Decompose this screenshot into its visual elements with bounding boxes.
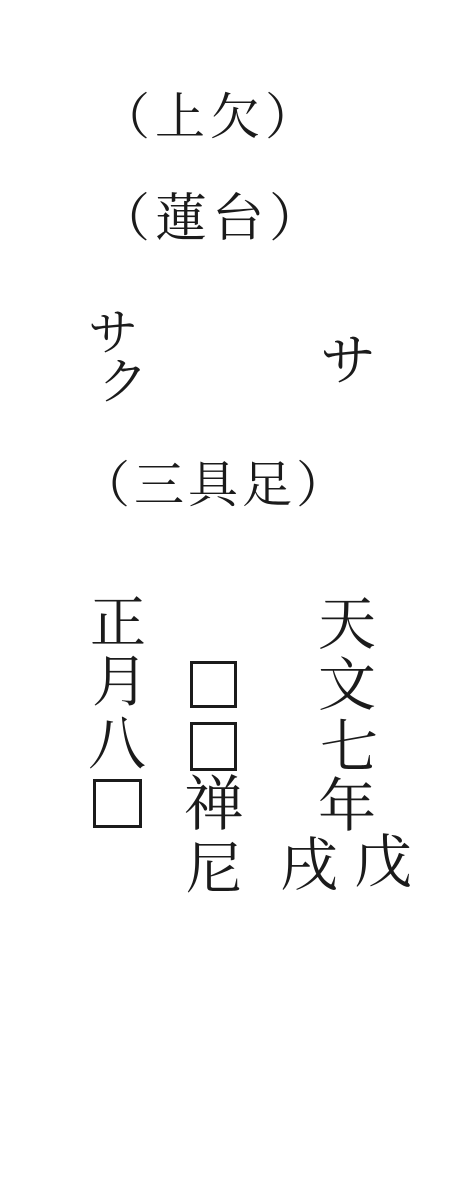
seed-syllable-right-sa: サ [320, 334, 376, 390]
missing-char-box-2: □ [190, 722, 237, 771]
cyclic-char-inu: 戌 [280, 837, 338, 895]
date-char-shichi: 七 [320, 719, 378, 777]
document-page: （上欠） （蓮台） サ ク サ （三具足） 天 文 七 年 戌 戊 □ □ 禅 … [0, 0, 476, 1200]
annotation-three-implements: （三具足） [80, 460, 350, 510]
day-char-sho: 正 [90, 596, 146, 652]
date-char-ten: 天 [318, 596, 376, 654]
cyclic-char-tsuchinoe: 戊 [354, 834, 412, 892]
missing-char-box-1: □ [190, 661, 237, 708]
date-char-bun: 文 [318, 657, 376, 715]
seed-syllable-left-sa: サ [88, 308, 138, 358]
day-char-gatsu: 月 [92, 655, 148, 711]
name-char-zen: 禅 [184, 775, 244, 835]
date-char-nen: 年 [318, 778, 376, 836]
annotation-lotus-pedestal: （蓮台） [98, 194, 326, 246]
day-char-hachi: 八 [88, 716, 146, 774]
annotation-upper-missing: （上欠） [100, 92, 320, 142]
seed-syllable-left-ku: ク [98, 357, 148, 407]
name-char-ni: 尼 [186, 842, 242, 898]
missing-char-box-3: □ [93, 779, 142, 828]
